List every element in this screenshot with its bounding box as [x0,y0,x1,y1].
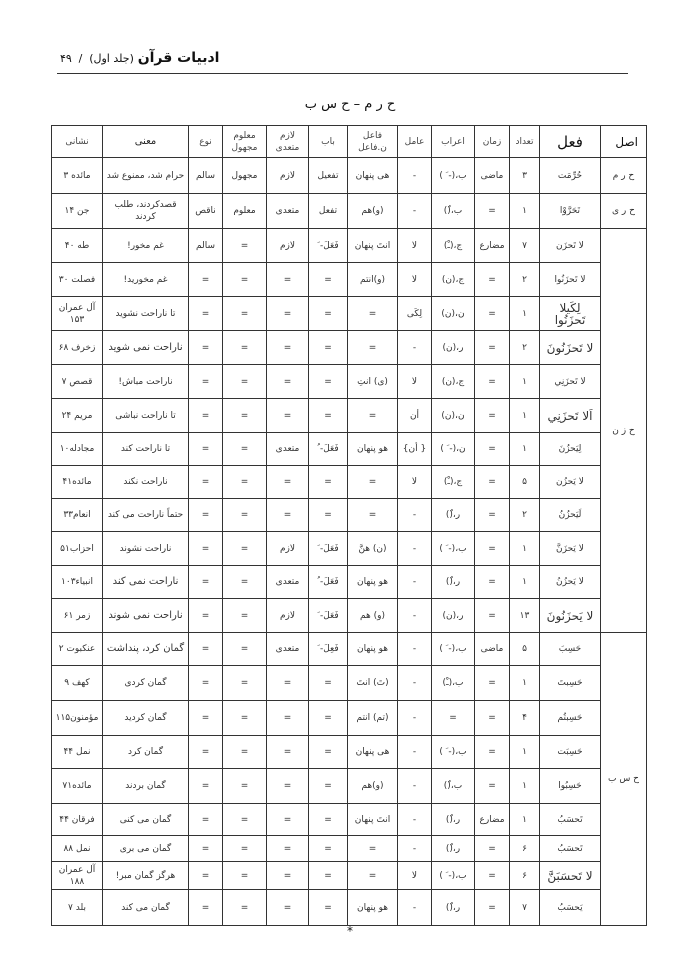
table-header-row: اصل فعل تعداد زمان اعراب عامل فاعل ن.فاع… [52,126,647,158]
amil-cell: - [398,736,432,769]
amil-cell: - [398,331,432,365]
tense-cell: مضارع [475,229,510,263]
table-row: حَسِبَت۱=ب،(- َ )-هی پنهان====گمان کردنم… [52,736,647,769]
type-cell: = [189,566,223,599]
table-row: ح س بحَسِبَ۵ماضیب،(- َ )-هو پنهانفَعِلَ-… [52,633,647,666]
ref-cell: زمر ۶۱ [52,599,103,633]
bab-cell: فَعَلَ- ُ [309,566,348,599]
meaning-cell: غم مخور! [103,229,189,263]
subject-cell: (تَ) انتَ [348,666,398,701]
bab-cell: = [309,499,348,532]
bab-cell: = [309,836,348,862]
voice-cell: = [223,804,267,836]
header-rule [57,73,628,74]
table-row: تَحسَبُ۱مضارعر،(ٌ)-انتَ پنهان====گمان می… [52,804,647,836]
meaning-cell: ناراحت نمی شوید [103,331,189,365]
count-cell: ۱ [510,566,540,599]
subject-cell: = [348,466,398,499]
verb-cell: حَسِبَ [540,633,601,666]
verb-cell: لا تَحزَن [540,229,601,263]
root-cell: ح ر ی [601,194,647,229]
amil-cell: - [398,769,432,804]
count-cell: ۵ [510,466,540,499]
irab-cell: ر،(ن) [432,599,475,633]
count-cell: ۵ [510,633,540,666]
irab-cell: ر،(ٌ) [432,499,475,532]
ref-cell: عنکبوت ۲ [52,633,103,666]
col-count: تعداد [510,126,540,158]
voice-cell: = [223,701,267,736]
tense-cell: = [475,769,510,804]
table-row: حَسِبتَ۱=ب،(ـْ)-(تَ) انتَ====گمان کردیکه… [52,666,647,701]
table-row: لا تَحزَنُونَ۲=ر،(ن)-=====ناراحت نمی شوی… [52,331,647,365]
col-root: اصل [601,126,647,158]
subject-cell: (و)انتم [348,263,398,297]
type-cell: = [189,399,223,433]
ref-cell: فصلت ۳۰ [52,263,103,297]
type-cell: = [189,532,223,566]
tense-cell: = [475,399,510,433]
ref-cell: احزاب۵۱ [52,532,103,566]
transitivity-cell: متعدی [267,433,309,466]
voice-cell: معلوم [223,194,267,229]
count-cell: ۱ [510,297,540,331]
transitivity-cell: = [267,769,309,804]
subject-cell: (ی) انتِ [348,365,398,399]
irab-cell: ب،(- َ ) [432,862,475,890]
book-title: ادبیات قرآن [138,50,220,66]
count-cell: ۱ [510,769,540,804]
irab-cell: ب،(- َ ) [432,158,475,194]
ref-cell: مائده۷۱ [52,769,103,804]
voice-cell: = [223,399,267,433]
meaning-cell: ناراحت نکند [103,466,189,499]
table-body: ح ر محُرِّمَت۳ماضیب،(- َ )-هی پنهانتفعیل… [52,158,647,926]
count-cell: ۱ [510,433,540,466]
bab-cell: فَعَلَ- ُ [309,433,348,466]
irab-cell: ب،(- َ ) [432,532,475,566]
tense-cell: = [475,263,510,297]
transitivity-cell: = [267,466,309,499]
amil-cell: { أن} [398,433,432,466]
tense-cell: = [475,701,510,736]
tense-cell: = [475,890,510,926]
voice-cell: = [223,769,267,804]
amil-cell: - [398,701,432,736]
ref-cell: مائده ۳ [52,158,103,194]
subject-cell: (و)هم [348,194,398,229]
subject-cell: هی پنهان [348,736,398,769]
amil-cell: - [398,836,432,862]
count-cell: ۱ [510,399,540,433]
amil-cell: - [398,890,432,926]
transitivity-cell: لازم [267,532,309,566]
subject-cell: = [348,331,398,365]
verb-cell: تَحَرَّوْا [540,194,601,229]
count-cell: ۱ [510,532,540,566]
verb-cell: لا يَحزُنُ [540,566,601,599]
volume-label: (جلد اول) [89,52,134,65]
irab-cell: ب،(ـْ) [432,666,475,701]
verb-cell: تَحسَبُ [540,836,601,862]
meaning-cell: گمان می کند [103,890,189,926]
subject-cell: = [348,499,398,532]
transitivity-cell: = [267,499,309,532]
count-cell: ۷ [510,890,540,926]
meaning-cell: گمان کرد [103,736,189,769]
voice-cell: = [223,229,267,263]
ref-cell: کهف ۹ [52,666,103,701]
ref-cell: فرقان ۴۴ [52,804,103,836]
voice-cell: = [223,666,267,701]
table-row: لِيَحزُنَ۱=ن،(- َ ){ أن}هو پنهانفَعَلَ- … [52,433,647,466]
subject-cell: = [348,399,398,433]
col-bab: باب [309,126,348,158]
voice-cell: = [223,633,267,666]
irab-cell: ن،(- َ ) [432,433,475,466]
verb-cell: لا يَحزَنُونَ [540,599,601,633]
subject-cell: (و)هم [348,769,398,804]
verb-cell: حَسِبَت [540,736,601,769]
count-cell: ۳ [510,158,540,194]
meaning-cell: گمان بردند [103,769,189,804]
irab-cell: = [432,701,475,736]
verb-cell: لِيَحزُنَ [540,433,601,466]
bab-cell: فَعَلَ- َ [309,229,348,263]
tense-cell: ماضی [475,633,510,666]
voice-cell: = [223,566,267,599]
verb-cell: لا تَحزَنِي [540,365,601,399]
count-cell: ۶ [510,862,540,890]
irab-cell: ج،(ـْ) [432,466,475,499]
irab-cell: ب،(ٌ) [432,194,475,229]
table-row: لا يَحزُن۵=ج،(ـْ)لا=====ناراحت نکندمائده… [52,466,647,499]
voice-cell: = [223,433,267,466]
ref-cell: زخرف ۶۸ [52,331,103,365]
table-row: يَحسَبُ۷=ر،(ٌ)-هو پنهان====گمان می کندبل… [52,890,647,926]
subject-cell: (تم) انتم [348,701,398,736]
transitivity-cell: لازم [267,158,309,194]
meaning-cell: ناراحت نشوند [103,532,189,566]
irab-cell: ج،(ن) [432,263,475,297]
type-cell: = [189,263,223,297]
tense-cell: = [475,599,510,633]
table-row: لا تَحسَبَنَّ۶=ب،(- َ )لا=====هرگز گمان … [52,862,647,890]
verb-cell: لا تَحزَنُونَ [540,331,601,365]
table-row: لا يَحزَنُونَ۱۳=ر،(ن)-(و) همفَعَلَ- َلاز… [52,599,647,633]
bab-cell: = [309,769,348,804]
tense-cell: = [475,194,510,229]
running-head: ادبیات قرآن (جلد اول) / ۴۹ [60,47,630,69]
amil-cell: لا [398,229,432,263]
verb-cell: حَسِبُوا [540,769,601,804]
tense-cell: = [475,466,510,499]
subject-cell: = [348,297,398,331]
meaning-cell: گمان کردی [103,666,189,701]
type-cell: = [189,804,223,836]
count-cell: ۱ [510,194,540,229]
irab-cell: ب،(- َ ) [432,736,475,769]
meaning-cell: گمان کردید [103,701,189,736]
col-meaning: معنی [103,126,189,158]
table-row: حَسِبُوا۱=ب،(ٌ)-(و)هم====گمان بردندمائده… [52,769,647,804]
subject-cell: = [348,862,398,890]
ref-cell: مؤمنون۱۱۵ [52,701,103,736]
table-row: ح ز نلا تَحزَن۷مضارعج،(ـْ)لاانتَ پنهانفَ… [52,229,647,263]
subject-cell: هو پنهان [348,433,398,466]
amil-cell: - [398,633,432,666]
table-row: لا تَحزَنُوا۲=ج،(ن)لا(و)انتم====غم مخوری… [52,263,647,297]
amil-cell: لا [398,466,432,499]
tense-cell: ماضی [475,158,510,194]
irab-cell: ر،(ن) [432,331,475,365]
transitivity-cell: = [267,736,309,769]
transitivity-cell: = [267,836,309,862]
bab-cell: = [309,466,348,499]
subject-cell: هو پنهان [348,890,398,926]
root-cell: ح ز ن [601,229,647,633]
type-cell: = [189,836,223,862]
table-row: لِکَیلا تَحزَنُوا۱=ن،(ن)لِکَی=====تا نار… [52,297,647,331]
meaning-cell: گمان می بری [103,836,189,862]
ref-cell: آل عمران ۱۸۸ [52,862,103,890]
type-cell: = [189,466,223,499]
irab-cell: ر،(ٌ) [432,566,475,599]
bab-cell: = [309,804,348,836]
transitivity-cell: = [267,666,309,701]
tense-cell: = [475,862,510,890]
subject-cell: هو پنهان [348,566,398,599]
amil-cell: لا [398,263,432,297]
ref-cell: آل عمران ۱۵۳ [52,297,103,331]
amil-cell: - [398,666,432,701]
irab-cell: ر،(ٌ) [432,804,475,836]
col-verb: فعل [540,126,601,158]
table-row: ح ر محُرِّمَت۳ماضیب،(- َ )-هی پنهانتفعیل… [52,158,647,194]
table-row: ح ر یتَحَرَّوْا۱=ب،(ٌ)-(و)همتفعلمتعدیمعل… [52,194,647,229]
bab-cell: = [309,736,348,769]
irab-cell: ر،(ٌ) [432,836,475,862]
type-cell: = [189,769,223,804]
verb-cell: اَلا تَحزَنِي [540,399,601,433]
ref-cell: مائده۴۱ [52,466,103,499]
col-voice: معلوم مجهول [223,126,267,158]
footer-mark: * [0,924,700,938]
page-number: ۴۹ [60,52,72,65]
transitivity-cell: = [267,331,309,365]
col-ref: نشانی [52,126,103,158]
voice-cell: مجهول [223,158,267,194]
amil-cell: - [398,566,432,599]
bab-cell: = [309,365,348,399]
tense-cell: = [475,365,510,399]
ref-cell: جن ۱۴ [52,194,103,229]
table-row: حَسِبتُم۴==-(تم) انتم====گمان کردیدمؤمنو… [52,701,647,736]
amil-cell: - [398,158,432,194]
bab-cell: فَعَلَ- َ [309,599,348,633]
amil-cell: لا [398,365,432,399]
count-cell: ۷ [510,229,540,263]
transitivity-cell: لازم [267,229,309,263]
type-cell: = [189,666,223,701]
bab-cell: تفعل [309,194,348,229]
verb-cell: يَحسَبُ [540,890,601,926]
transitivity-cell: لازم [267,599,309,633]
meaning-cell: غم مخورید! [103,263,189,297]
subject-cell: هو پنهان [348,633,398,666]
type-cell: سالم [189,229,223,263]
ref-cell: نمل ۸۸ [52,836,103,862]
tense-cell: = [475,736,510,769]
irab-cell: ن،(ن) [432,399,475,433]
ref-cell: طه ۴۰ [52,229,103,263]
root-cell: ح ر م [601,158,647,194]
meaning-cell: ناراحت نمی کند [103,566,189,599]
bab-cell: فَعِلَ- َ [309,633,348,666]
amil-cell: لِکَی [398,297,432,331]
table-row: تَحسَبُ۶=ر،(ٌ)-=====گمان می برینمل ۸۸ [52,836,647,862]
bab-cell: = [309,666,348,701]
type-cell: = [189,365,223,399]
bab-cell: = [309,297,348,331]
type-cell: = [189,331,223,365]
table-row: اَلا تَحزَنِي۱=ن،(ن)أن=====تا ناراحت نبا… [52,399,647,433]
meaning-cell: هرگز گمان مبر! [103,862,189,890]
transitivity-cell: = [267,701,309,736]
irab-cell: ب،(ٌ) [432,769,475,804]
ref-cell: نمل ۴۴ [52,736,103,769]
tense-cell: = [475,566,510,599]
ref-cell: مریم ۲۴ [52,399,103,433]
amil-cell: أن [398,399,432,433]
meaning-cell: حتماً ناراحت می کند [103,499,189,532]
tense-cell: مضارع [475,804,510,836]
bab-cell: = [309,263,348,297]
col-type: نوع [189,126,223,158]
subject-cell: انتَ پنهان [348,229,398,263]
bab-cell: فَعَلَ- َ [309,532,348,566]
verb-cell: لَيَحزُنُ [540,499,601,532]
amil-cell: لا [398,862,432,890]
col-tense: زمان [475,126,510,158]
transitivity-cell: متعدی [267,566,309,599]
verb-cell: تَحسَبُ [540,804,601,836]
count-cell: ۱ [510,365,540,399]
meaning-cell: ناراحت مباش! [103,365,189,399]
meaning-cell: قصدکردند، طلب کردند [103,194,189,229]
amil-cell: - [398,499,432,532]
transitivity-cell: = [267,365,309,399]
verb-cell: لا يَحزَنَّ [540,532,601,566]
irab-cell: ج،(ـْ) [432,229,475,263]
count-cell: ۴ [510,701,540,736]
tense-cell: = [475,331,510,365]
tense-cell: = [475,499,510,532]
meaning-cell: تا ناراحت کند [103,433,189,466]
amil-cell: - [398,194,432,229]
table-row: لَيَحزُنُ۲=ر،(ٌ)-=====حتماً ناراحت می کن… [52,499,647,532]
amil-cell: - [398,804,432,836]
voice-cell: = [223,499,267,532]
count-cell: ۲ [510,331,540,365]
tense-cell: = [475,666,510,701]
count-cell: ۱ [510,736,540,769]
type-cell: = [189,701,223,736]
col-subject: فاعل ن.فاعل [348,126,398,158]
type-cell: = [189,433,223,466]
verb-cell: حَسِبتُم [540,701,601,736]
transitivity-cell: = [267,862,309,890]
page-separator: / [79,52,83,65]
section-title: ح ر م – ح س ب [0,97,700,112]
ref-cell: قصص ۷ [52,365,103,399]
tense-cell: = [475,532,510,566]
meaning-cell: تا ناراحت نباشی [103,399,189,433]
voice-cell: = [223,836,267,862]
transitivity-cell: = [267,399,309,433]
verb-cell: لِکَیلا تَحزَنُوا [540,297,601,331]
ref-cell: بلد ۷ [52,890,103,926]
type-cell: ناقص [189,194,223,229]
transitivity-cell: = [267,804,309,836]
transitivity-cell: = [267,890,309,926]
subject-cell: (و) هم [348,599,398,633]
meaning-cell: ناراحت نمی شوند [103,599,189,633]
table-row: لا يَحزُنُ۱=ر،(ٌ)-هو پنهانفَعَلَ- ُمتعدی… [52,566,647,599]
meaning-cell: گمان می کنی [103,804,189,836]
count-cell: ۱ [510,666,540,701]
tense-cell: = [475,433,510,466]
type-cell: = [189,890,223,926]
voice-cell: = [223,331,267,365]
bab-cell: = [309,701,348,736]
subject-cell: انتَ پنهان [348,804,398,836]
voice-cell: = [223,736,267,769]
irab-cell: ن،(ن) [432,297,475,331]
ref-cell: انبیاء۱۰۳ [52,566,103,599]
tense-cell: = [475,297,510,331]
voice-cell: = [223,890,267,926]
meaning-cell: تا ناراحت نشوید [103,297,189,331]
transitivity-cell: متعدی [267,633,309,666]
irab-cell: ر،(ٌ) [432,890,475,926]
voice-cell: = [223,862,267,890]
bab-cell: = [309,890,348,926]
root-cell: ح س ب [601,633,647,926]
count-cell: ۲ [510,263,540,297]
voice-cell: = [223,532,267,566]
voice-cell: = [223,466,267,499]
col-amil: عامل [398,126,432,158]
amil-cell: - [398,532,432,566]
verb-cell: لا يَحزُن [540,466,601,499]
ref-cell: انعام۳۳ [52,499,103,532]
meaning-cell: گمان کرد، پنداشت [103,633,189,666]
verb-cell: حُرِّمَت [540,158,601,194]
tense-cell: = [475,836,510,862]
voice-cell: = [223,599,267,633]
verb-cell: حَسِبتَ [540,666,601,701]
irab-cell: ب،(- َ ) [432,633,475,666]
count-cell: ۲ [510,499,540,532]
count-cell: ۱ [510,804,540,836]
table-row: لا يَحزَنَّ۱=ب،(- َ )-(ن) هنَّفَعَلَ- َل… [52,532,647,566]
type-cell: = [189,633,223,666]
bab-cell: = [309,331,348,365]
ref-cell: مجادله۱۰ [52,433,103,466]
amil-cell: - [398,599,432,633]
col-irab: اعراب [432,126,475,158]
